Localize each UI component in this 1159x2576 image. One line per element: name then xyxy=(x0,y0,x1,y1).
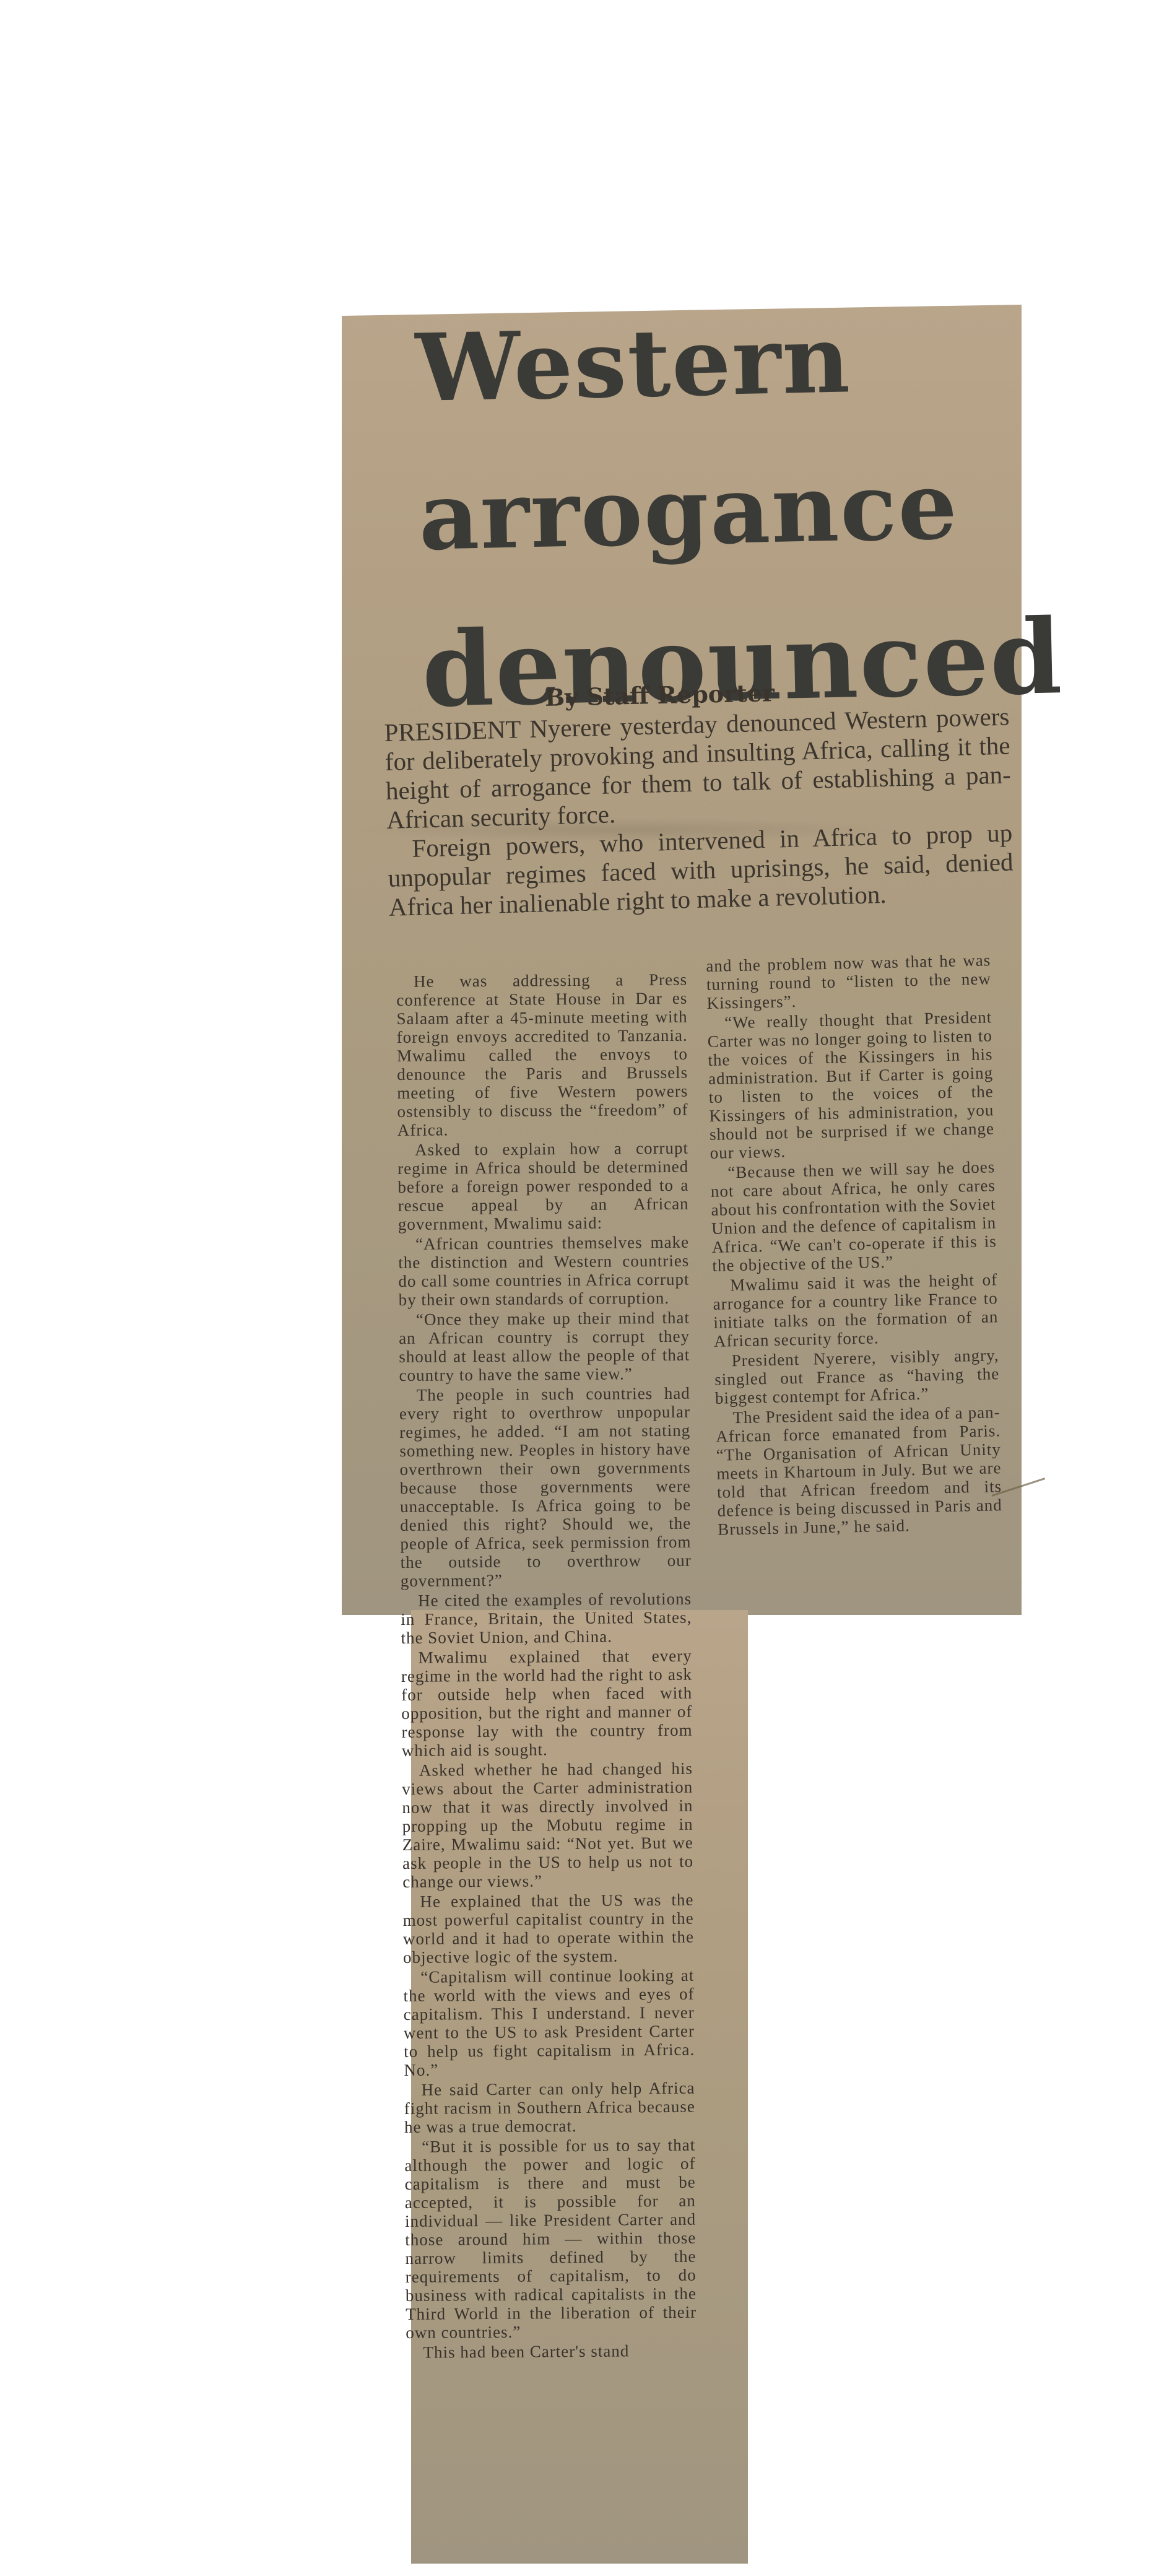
paragraph: and the problem now was that he was turn… xyxy=(706,951,992,1012)
paragraph: “Because then we will say he does not ca… xyxy=(710,1157,997,1275)
paragraph: Mwalimu explained that every regime in t… xyxy=(401,1647,693,1760)
paragraph: “African countries themselves make the d… xyxy=(398,1233,690,1309)
paragraph: Mwalimu said it was the height of arroga… xyxy=(713,1270,999,1351)
paragraph: President Nyerere, visibly angry, single… xyxy=(714,1346,1000,1408)
paragraph: Asked whether he had changed his views a… xyxy=(402,1759,693,1891)
paragraph: He cited the examples of revolutions in … xyxy=(401,1590,692,1647)
lede-paragraph: PRESIDENT Nyerere yesterday denounced We… xyxy=(384,702,1012,835)
paragraph: The people in such countries had every r… xyxy=(399,1384,692,1590)
paragraph: This had been Carter's stand xyxy=(406,2341,697,2362)
byline: By Staff Reporter xyxy=(545,679,775,711)
right-column: and the problem now was that he was turn… xyxy=(706,951,1003,1539)
paragraph: He explained that the US was the most po… xyxy=(402,1891,694,1967)
lede-paragraph: Foreign powers, who intervened in Africa… xyxy=(387,818,1014,921)
paragraph: The President said the idea of a pan-Afr… xyxy=(715,1403,1002,1539)
paragraph: “We really thought that President Carter… xyxy=(707,1007,995,1162)
paragraph: “Once they make up their mind that an Af… xyxy=(399,1308,690,1385)
headline-line-2: arrogance xyxy=(418,459,978,619)
paragraph: He said Carter can only help Africa figh… xyxy=(404,2079,695,2136)
paragraph: “But it is possible for us to say that a… xyxy=(404,2136,697,2342)
paragraph: He was addressing a Press conference at … xyxy=(396,970,688,1139)
paragraph: “Capitalism will continue looking at the… xyxy=(403,1966,695,2079)
lede: PRESIDENT Nyerere yesterday denounced We… xyxy=(384,702,1014,922)
left-column: He was addressing a Press conference at … xyxy=(396,970,697,2363)
headline-line-1: Western xyxy=(415,310,975,471)
paragraph: Asked to explain how a corrupt regime in… xyxy=(397,1139,689,1234)
